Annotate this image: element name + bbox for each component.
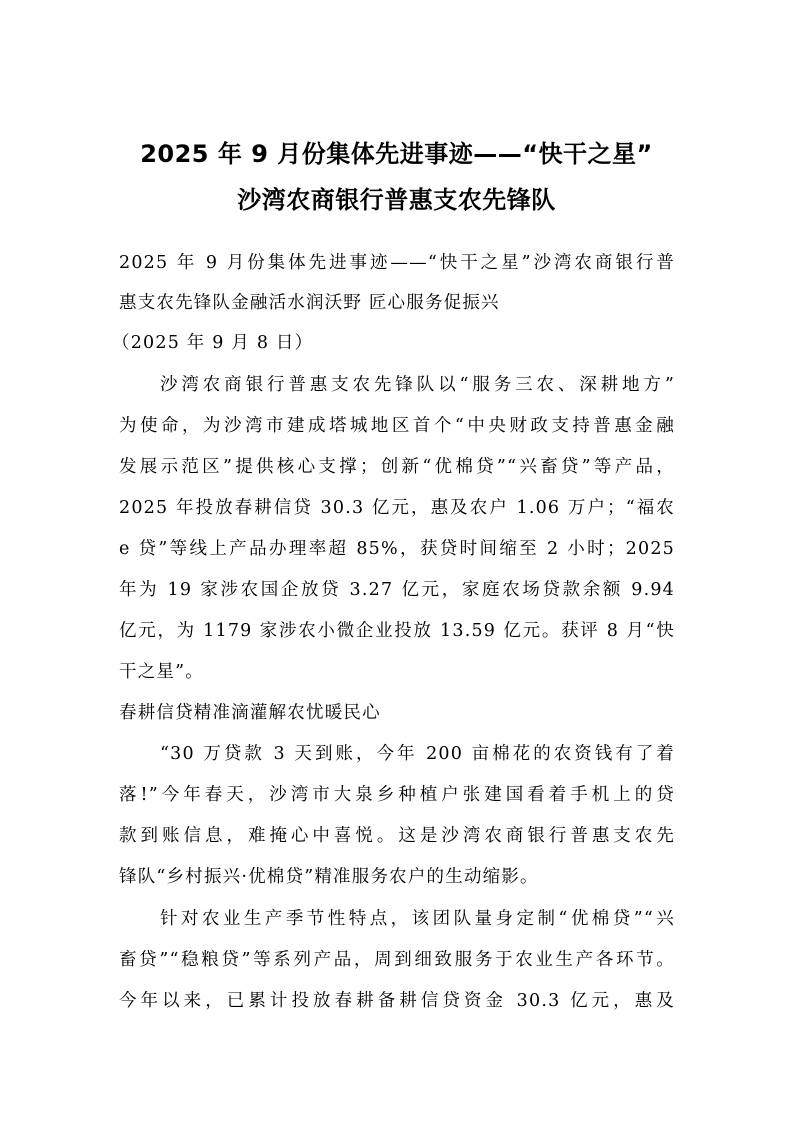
paragraph-3-line: 针对农业生产季节性特点，该团队量身定制“优棉贷”“兴 <box>160 907 675 931</box>
paragraph-1-line: 2025 年投放春耕信贷 30.3 亿元，惠及农户 1.06 万户；“福农 <box>119 496 675 520</box>
paragraph-1-line: 沙湾农商银行普惠支农先锋队以“服务三农、深耕地方” <box>160 373 675 397</box>
paragraph-3-line: 畜贷”“稳粮贷”等系列产品，周到细致服务于农业生产各环节。 <box>119 948 675 972</box>
paragraph-3-line: 今年以来，已累计投放春耕备耕信贷资金 30.3 亿元，惠及 <box>119 989 675 1013</box>
paragraph-2-line: 款到账信息，难掩心中喜悦。这是沙湾农商银行普惠支农先 <box>119 824 675 848</box>
paragraph-2-line: 锋队“乡村振兴·优棉贷”精准服务农户的生动缩影。 <box>119 865 675 889</box>
document-page: 2025 年 9 月份集体先进事迹——“快干之星” 沙湾农商银行普惠支农先锋队 … <box>0 0 793 1122</box>
paragraph-1-line: 干之星”。 <box>119 660 675 684</box>
paragraph-1-line: 发展示范区”提供核心支撑；创新“优棉贷”“兴畜贷”等产品， <box>119 455 675 479</box>
subtitle-line-2: 惠支农先锋队金融活水润沃野 匠心服务促振兴 <box>119 291 675 315</box>
paragraph-2-line: 落!”今年春天，沙湾市大泉乡种植户张建国看着手机上的贷 <box>119 783 675 807</box>
paragraph-1-line: 年为 19 家涉农国企放贷 3.27 亿元，家庭农场贷款余额 9.94 <box>119 578 675 602</box>
document-date: （2025 年 9 月 8 日） <box>112 331 668 355</box>
section-heading: 春耕信贷精准滴灌解农忧暖民心 <box>119 701 675 725</box>
subtitle-line-1: 2025 年 9 月份集体先进事迹——“快干之星”沙湾农商银行普 <box>119 251 675 275</box>
paragraph-2-line: “30 万贷款 3 天到账，今年 200 亩棉花的农资钱有了着 <box>160 742 675 766</box>
paragraph-1-line: e 贷”等线上产品办理率超 85%，获贷时间缩至 2 小时；2025 <box>119 537 675 561</box>
paragraph-1-line: 为使命，为沙湾市建成塔城地区首个“中央财政支持普惠金融 <box>119 414 675 438</box>
paragraph-1-line: 亿元，为 1179 家涉农小微企业投放 13.59 亿元。获评 8 月“快 <box>119 619 675 643</box>
document-title-line-2: 沙湾农商银行普惠支农先锋队 <box>0 180 793 215</box>
document-title-line-1: 2025 年 9 月份集体先进事迹——“快干之星” <box>0 134 793 169</box>
